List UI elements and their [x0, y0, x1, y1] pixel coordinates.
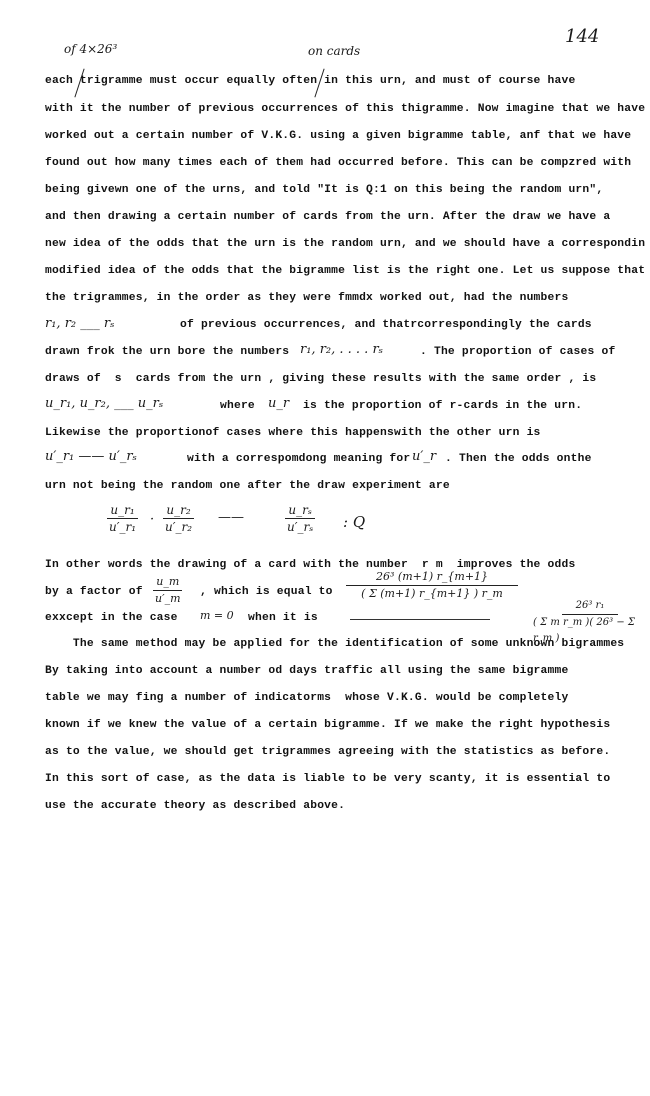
text-line: of previous occurrences, and thatrcorres…	[180, 319, 592, 331]
fraction-2: u_r₂ u′_r₂	[162, 502, 195, 535]
ellipsis-dash: ——	[218, 510, 244, 525]
text-line: In this sort of case, as the data is lia…	[45, 773, 610, 785]
text-line: . Then the odds onthe	[445, 453, 592, 465]
fraction-1: u_r₁ u′_r₁	[106, 502, 139, 535]
fraction-numerator: u_r₂	[163, 502, 193, 519]
text-line: , which is equal to	[200, 586, 333, 598]
text-line: use the accurate theory as described abo…	[45, 800, 345, 812]
text-line: each trigramme must occur equally often …	[45, 75, 575, 87]
factor-fraction: u_m u′_m	[152, 574, 184, 607]
text-line: drawn frok the urn bore the numbers	[45, 346, 289, 358]
text-line: with it the number of previous occurrenc…	[45, 103, 645, 115]
equal-to-fraction: 26³ (m+1) r_{m+1} ( Σ (m+1) r_{m+1} ) r_…	[346, 569, 518, 602]
document-page: 144 of 4×26³ on cards each trigramme mus…	[0, 0, 650, 1096]
fraction-numerator: u_rₛ	[285, 502, 315, 519]
fraction-denominator: u′_rₛ	[284, 519, 316, 535]
text-line: where	[220, 400, 255, 412]
text-line: known if we knew the value of a certain …	[45, 719, 610, 731]
case-m-zero-math: m = 0	[200, 609, 234, 622]
u-r-prime-math: u′_r	[412, 449, 436, 464]
text-line: being givewn one of the urns, and told "…	[45, 184, 603, 196]
text-line: modified idea of the odds that the bigra…	[45, 265, 645, 277]
text-line: exxcept in the case	[45, 612, 178, 624]
text-line: worked out a certain number of V.K.G. us…	[45, 130, 631, 142]
fraction-3: u_rₛ u′_rₛ	[284, 502, 316, 535]
annotation-top-left: of 4×26³	[64, 42, 117, 56]
text-line: the trigrammes, in the order as they wer…	[45, 292, 568, 304]
text-line: Likewise the proportionof cases where th…	[45, 427, 541, 439]
annotation-top-center: on cards	[308, 44, 360, 58]
ratio-q: : Q	[343, 513, 365, 531]
fraction-numerator: u_m	[153, 574, 182, 591]
r-sequence-math: r₁, r₂ ___ rₛ	[45, 316, 114, 331]
fraction-denominator: u′_r₁	[106, 519, 139, 535]
text-line: and then drawing a certain number of car…	[45, 211, 610, 223]
page-number: 144	[565, 26, 599, 47]
fraction-denominator: ( Σ (m+1) r_{m+1} ) r_m	[358, 586, 506, 602]
text-line: draws of s cards from the urn , giving t…	[45, 373, 596, 385]
text-line: The same method may be applied for the i…	[45, 638, 624, 650]
text-line: with a correspomdong meaning for	[187, 453, 410, 465]
u-r-math: u_r	[268, 396, 289, 411]
fraction-numerator: u_r₁	[107, 502, 137, 519]
text-line: is the proportion of r-cards in the urn.	[303, 400, 582, 412]
fraction-numerator: 26³ (m+1) r_{m+1}	[346, 569, 518, 586]
text-line: table we may fing a number of indicatorm…	[45, 692, 568, 704]
u-prime-sequence-math: u′_r₁ —— u′_rₛ	[45, 449, 137, 464]
text-line: By taking into account a number od days …	[45, 665, 568, 677]
text-line: new idea of the odds that the urn is the…	[45, 238, 645, 250]
text-line: as to the value, we should get trigramme…	[45, 746, 610, 758]
fraction-numerator: 26³ r₁	[562, 598, 619, 615]
text-line: . The proportion of cases of	[420, 346, 615, 358]
fraction-denominator: u′_r₂	[162, 519, 195, 535]
fraction-rule	[350, 619, 490, 620]
fraction-denominator: u′_m	[152, 591, 184, 607]
multiply-dot: ·	[150, 512, 154, 527]
text-line: when it is	[248, 612, 318, 624]
text-line: by a factor of	[45, 586, 143, 598]
r-numbers-math: r₁, r₂, . . . . rₛ	[300, 342, 383, 357]
u-sequence-math: u_r₁, u_r₂, ___ u_rₛ	[45, 396, 163, 411]
text-line: found out how many times each of them ha…	[45, 157, 631, 169]
text-line: urn not being the random one after the d…	[45, 480, 450, 492]
